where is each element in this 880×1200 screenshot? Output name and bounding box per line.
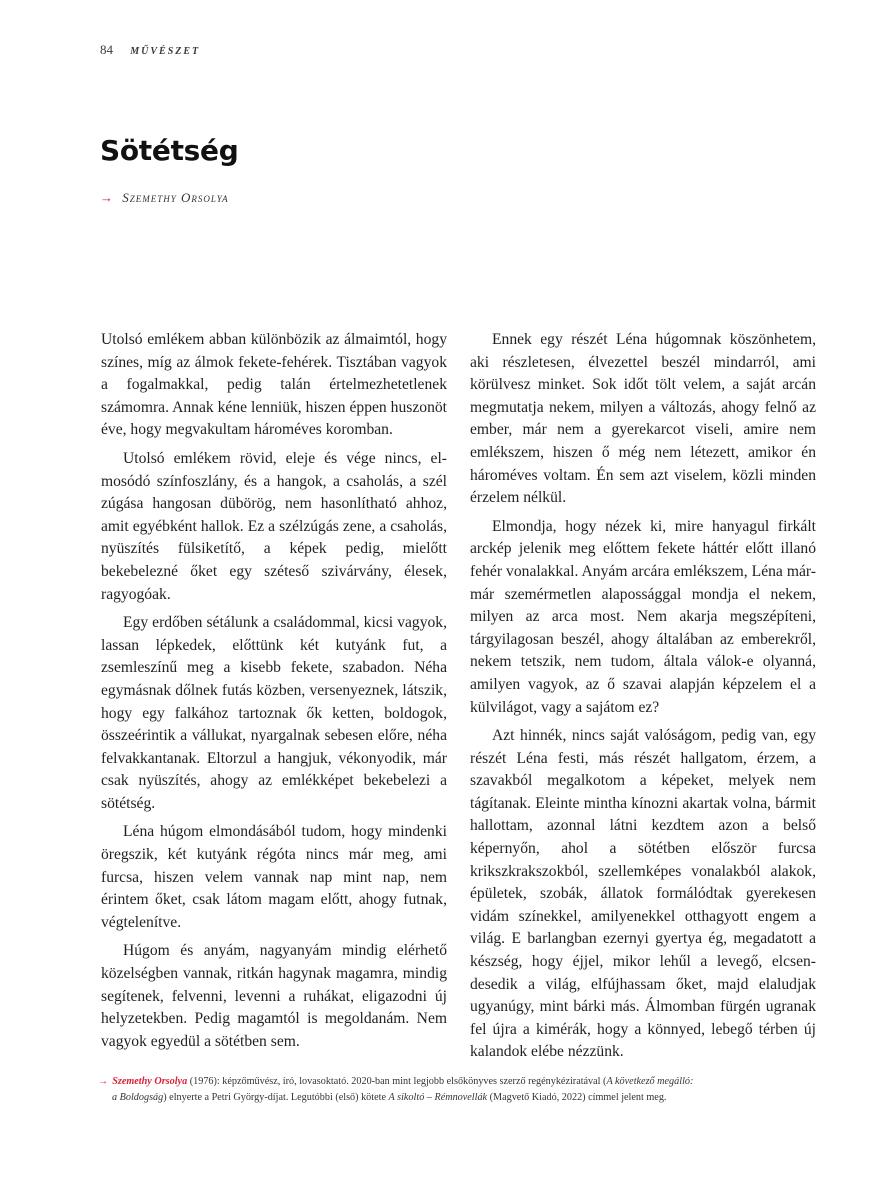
paragraph: Azt hinnék, nincs saját valóságom, pedig…: [470, 725, 816, 1064]
byline: → Szemethy Orsolya: [100, 190, 229, 206]
book-title: a Boldogság: [112, 1092, 163, 1103]
paragraph: Elmondja, hogy nézek ki, mire hanyagul f…: [470, 516, 816, 719]
right-column: Ennek egy részét Léna húgomnak köszönhet…: [470, 329, 816, 1070]
arrow-icon: →: [98, 1076, 108, 1087]
footnote-text: (1976): képzőművész, író, lovasoktató. 2…: [187, 1076, 606, 1087]
author-footnote: →Szemethy Orsolya (1976): képzőművész, í…: [98, 1074, 798, 1106]
running-head: 84 MŰVÉSZET: [100, 42, 200, 58]
author-name: Szemethy Orsolya: [122, 190, 228, 205]
paragraph: Ennek egy részét Léna húgomnak köszönhet…: [470, 329, 816, 510]
book-title: A következő megálló:: [606, 1076, 693, 1087]
article-title: Sötétség: [100, 134, 238, 167]
footnote-text: ) elnyerte a Petri György-díjat. Legutób…: [163, 1092, 388, 1103]
footnote-text: (Magvető Kiadó, 2022) címmel jelent meg.: [487, 1092, 666, 1103]
paragraph: Utolsó emlékem rövid, eleje és vége ninc…: [101, 448, 447, 606]
paragraph: Utolsó emlékem abban különbözik az álmai…: [101, 329, 447, 442]
left-column: Utolsó emlékem abban különbözik az álmai…: [101, 329, 447, 1059]
page-number: 84: [100, 42, 113, 57]
arrow-icon: →: [100, 190, 114, 205]
footnote-line-2: a Boldogság) elnyerte a Petri György-díj…: [98, 1090, 798, 1106]
paragraph: Egy erdőben sétálunk a családommal, kics…: [101, 612, 447, 815]
paragraph: Léna húgom elmondásából tudom, hogy min­…: [101, 821, 447, 934]
book-title: A sikoltó – Rémnovellák: [389, 1092, 488, 1103]
section-name: MŰVÉSZET: [130, 46, 200, 57]
paragraph: Húgom és anyám, nagyanyám mindig elérhet…: [101, 940, 447, 1053]
footnote-author: Szemethy Orsolya: [112, 1076, 187, 1087]
